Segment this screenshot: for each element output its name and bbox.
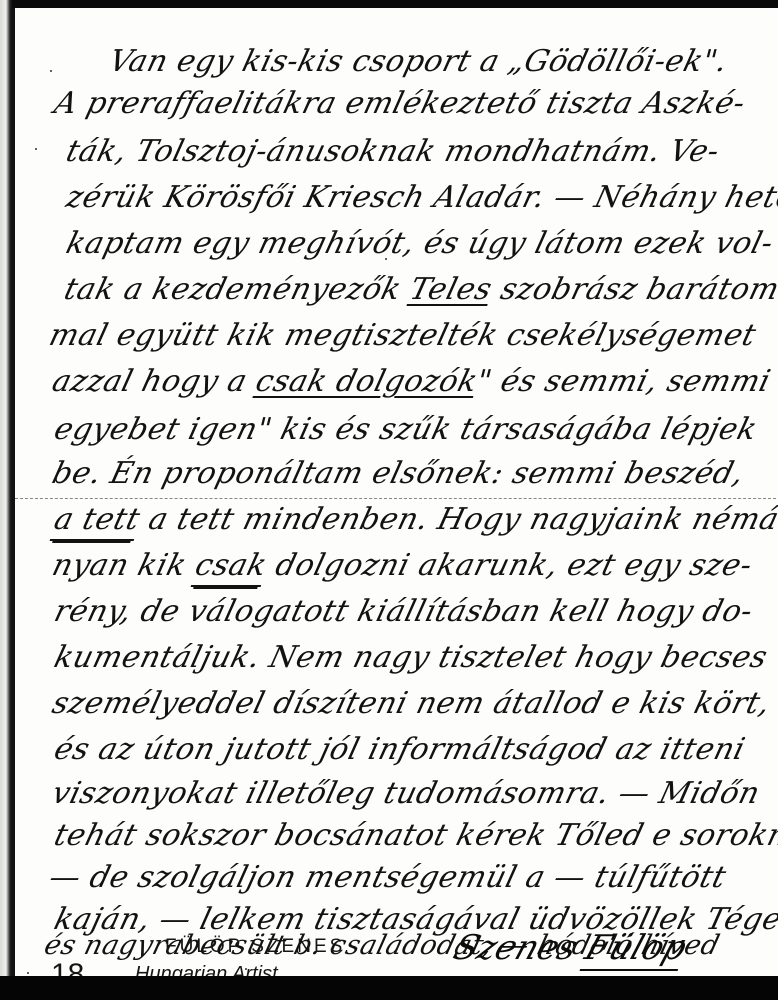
letter-line-15: személyeddel díszíteni nem átallod e kis…	[49, 686, 774, 721]
letter-line-5: kaptam egy meghívót, és úgy látom ezek v…	[63, 226, 777, 261]
letter-line-18: tehát sokszor bocsánatot kérek Tőled e s…	[51, 818, 778, 853]
scan-speck	[50, 70, 52, 72]
scan-speck	[385, 258, 387, 260]
line-8-part-1: azzal hogy a	[49, 364, 261, 399]
letter-line-11: a tett a tett mindenben. Hogy nagyjaink …	[51, 502, 778, 537]
letter-line-9: egyebet igen" kis és szűk társaságába lé…	[51, 412, 761, 447]
letter-line-2: A preraffaelitákra emlékeztető tiszta As…	[51, 86, 749, 121]
signature-surname: Fülöp	[579, 928, 692, 971]
letter-line-1: Van egy kis-kis csoport a „Gödöllői-ek".	[106, 44, 732, 79]
letter-line-14: kumentáljuk. Nem nagy tisztelet hogy bec…	[51, 640, 772, 675]
underlined-word-teles: Teles	[406, 272, 495, 307]
signature-given-name: Szenes	[449, 928, 583, 968]
scan-speck	[335, 618, 337, 620]
underlined-phrase-csak-dolgozok: csak dolgozók	[252, 364, 481, 399]
signature: Szenes Fülöp	[449, 928, 692, 968]
scan-speck	[245, 968, 247, 970]
letter-line-12: nyan kik csak dolgozni akarunk, ezt egy …	[49, 548, 756, 583]
archival-name-label: FÜLÖP SZENES	[165, 936, 345, 958]
letter-line-17: viszonyokat illetőleg tudomásomra. — Mid…	[49, 776, 764, 811]
line-6-part-2: szobrász barátom-	[487, 272, 778, 307]
line-6-part-1: tak a kezdeményezők	[61, 272, 415, 307]
line-11-part-2: a tett mindenben. Hogy nagyjaink némá-	[135, 502, 778, 537]
paper-fold-line	[15, 498, 778, 499]
scan-top-border	[0, 0, 778, 8]
letter-line-19: — de szolgáljon mentségemül a — túlfűtöt…	[46, 860, 730, 895]
letter-line-4: zérük Körösfői Kriesch Aladár. — Néhány …	[63, 180, 778, 215]
scan-left-border	[0, 0, 12, 1000]
line-12-part-1: nyan kik	[49, 548, 201, 583]
underlined-word-csak: csak	[191, 548, 271, 587]
line-12-part-2: dolgozni akarunk, ezt egy sze-	[262, 548, 756, 583]
scan-speck	[35, 148, 37, 150]
scan-bottom-border	[0, 976, 778, 1000]
letter-line-3: ták, Tolsztoj-ánusoknak mondhatnám. Ve-	[63, 134, 723, 169]
letter-line-13: rény, de válogatott kiállításban kell ho…	[51, 594, 757, 629]
letter-page: Van egy kis-kis csoport a „Gödöllői-ek".…	[12, 8, 778, 976]
line-8-part-2: " és semmi, semmi	[473, 364, 775, 399]
letter-line-7: mal együtt kik megtisztelték csekélysége…	[46, 318, 760, 353]
scan-speck	[27, 972, 29, 974]
letter-line-8: azzal hogy a csak dolgozók" és semmi, se…	[49, 364, 775, 399]
letter-line-16: és az úton jutott jól informáltságod az …	[51, 732, 749, 767]
underlined-phrase-a-tett: a tett	[50, 502, 144, 541]
letter-line-10: be. Én proponáltam elsőnek: semmi beszéd…	[49, 456, 748, 491]
letter-line-6: tak a kezdeményezők Teles szobrász barát…	[61, 272, 778, 307]
